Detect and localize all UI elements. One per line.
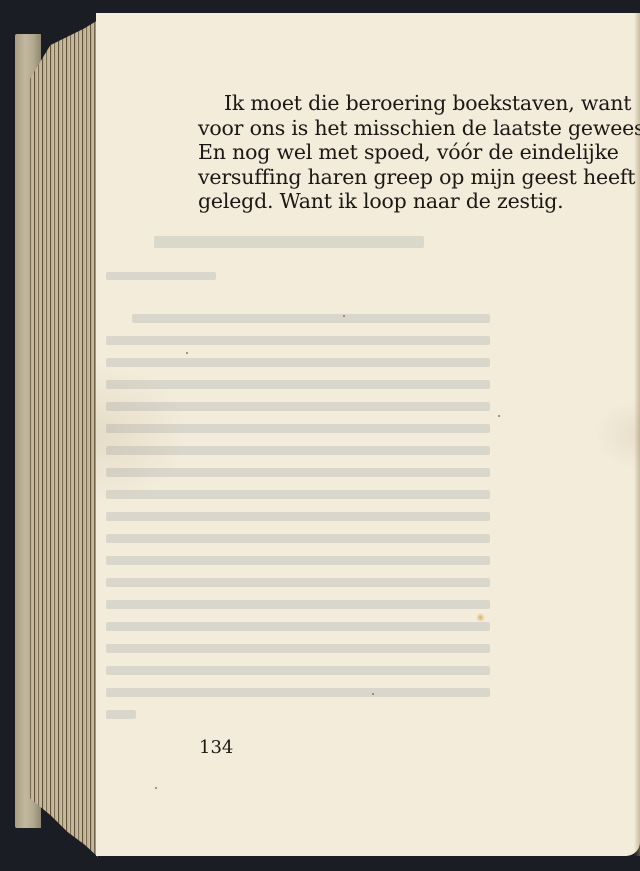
paragraph-line: En nog wel met spoed, vóór de eindelijke: [198, 140, 580, 165]
paragraph-line: Ik moet die beroering boekstaven, want: [198, 91, 580, 116]
paper-speck: [186, 352, 188, 354]
paragraph-line: gelegd. Want ik loop naar de zestig.: [198, 189, 580, 214]
paper-speck: [498, 415, 500, 417]
paragraph-line: voor ons is het misschien de laatste gew…: [198, 116, 580, 141]
page-number: 134: [199, 737, 233, 758]
paper-speck: [372, 693, 374, 695]
paper-speck: [155, 787, 157, 789]
body-paragraph: Ik moet die beroering boekstaven, want v…: [198, 91, 580, 214]
paper-speck: [343, 315, 345, 317]
page-block-edges: [30, 20, 98, 857]
paragraph-line: versuffing haren greep op mijn geest hee…: [198, 165, 580, 190]
foxing-stain: [476, 613, 485, 622]
